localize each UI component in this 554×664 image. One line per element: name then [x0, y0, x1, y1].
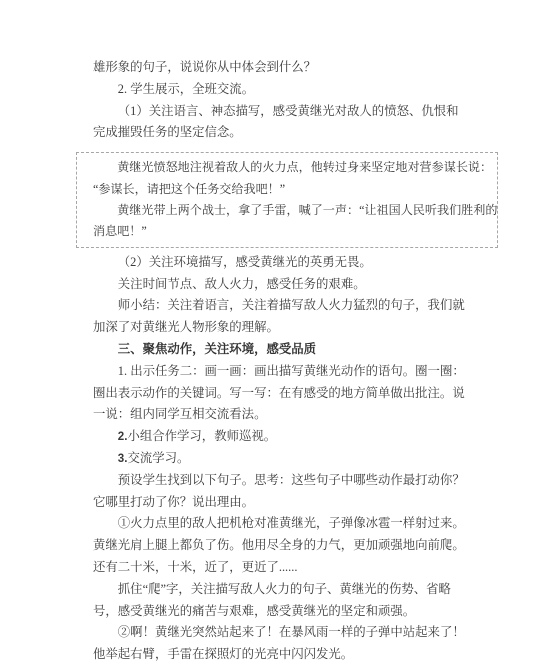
text-run: 他举起右臂，手雷在探照灯的光亮中闪闪发光。 — [93, 647, 353, 661]
text-line: 圈出表示动作的关键词。写一写：在有感受的地方简单做出批注。说 — [93, 383, 468, 405]
text-run: 小组合作学习，教师巡视。 — [127, 429, 276, 443]
text-line: 还有二十米，十米，近了，更近了...... — [93, 557, 468, 579]
text-run: 2. 学生展示，全班交流。 — [118, 82, 254, 96]
text-line: 师小结：关注着语言，关注着描写敌人火力猛烈的句子，我们就 — [93, 295, 468, 317]
text-run: 1. 出示任务二：画一画：画出描写黄继光动作的语句。圈一圈： — [118, 364, 465, 378]
text-line: ①火力点里的敌人把机枪对准黄继光，子弹像冰雹一样射过来。 — [93, 513, 468, 535]
text-run: 消息吧！” — [93, 224, 147, 238]
text-line: 一说：组内同学互相交流看法。 — [93, 404, 468, 426]
text-run: （1）关注语言、神态描写，感受黄继光对敌人的愤怒、仇恨和 — [118, 104, 459, 118]
text-line: 2.小组合作学习，教师巡视。 — [93, 426, 468, 448]
text-line: 关注时间节点、敌人火力，感受任务的艰难。 — [93, 274, 468, 296]
text-run: 圈出表示动作的关键词。写一写：在有感受的地方简单做出批注。说 — [93, 386, 465, 400]
paragraph-block-top: 雄形象的句子，说说你从中体会到什么？2. 学生展示，全班交流。（1）关注语言、神… — [93, 57, 468, 144]
document-page: 雄形象的句子，说说你从中体会到什么？2. 学生展示，全班交流。（1）关注语言、神… — [0, 0, 554, 664]
text-run: 还有二十米，十米，近了，更近了...... — [93, 560, 297, 574]
text-line: 雄形象的句子，说说你从中体会到什么？ — [93, 57, 468, 79]
text-line: 黄继光肩上腿上都负了伤。他用尽全身的力气，更加顽强地向前爬。 — [93, 535, 468, 557]
text-line: 号，感受黄继光的痛苦与艰难，感受黄继光的坚定和顽强。 — [93, 601, 468, 623]
text-run: 黄继光肩上腿上都负了伤。他用尽全身的力气，更加顽强地向前爬。 — [93, 538, 465, 552]
text-line: 完成摧毁任务的坚定信念。 — [93, 122, 468, 144]
text-line: 2. 学生展示，全班交流。 — [93, 79, 468, 101]
text-line: “参谋长，请把这个任务交给我吧！” — [93, 179, 492, 200]
text-line: 1. 出示任务二：画一画：画出描写黄继光动作的语句。圈一圈： — [93, 361, 468, 383]
text-line: 加深了对黄继光人物形象的理解。 — [93, 317, 468, 339]
quote-box: 黄继光愤怒地注视着敌人的火力点，他转过身来坚定地对营参谋长说：“参谋长，请把这个… — [76, 152, 498, 248]
text-line: 它哪里打动了你？说出理由。 — [93, 492, 468, 514]
text-run: 黄继光愤怒地注视着敌人的火力点，他转过身来坚定地对营参谋长说： — [117, 160, 492, 174]
text-run: 预设学生找到以下句子。思考：这些句子中哪些动作最打动你？ — [118, 473, 465, 487]
text-run: 完成摧毁任务的坚定信念。 — [93, 125, 242, 139]
text-run: 交流学习。 — [127, 451, 189, 465]
text-run: 一说：组内同学互相交流看法。 — [93, 407, 266, 421]
text-line: ②啊！黄继光突然站起来了！在暴风雨一样的子弹中站起来了！ — [93, 622, 468, 644]
text-line: 黄继光带上两个战士，拿了手雷，喊了一声：“让祖国人民听我们胜利的 — [93, 200, 492, 221]
text-line: 他举起右臂，手雷在探照灯的光亮中闪闪发光。 — [93, 644, 468, 664]
text-run: 三、聚焦动作，关注环境，感受品质 — [118, 342, 316, 356]
text-run: 黄继光带上两个战士，拿了手雷，喊了一声：“让祖国人民听我们胜利的 — [117, 203, 497, 217]
text-line: 3.交流学习。 — [93, 448, 468, 470]
text-line: （1）关注语言、神态描写，感受黄继光对敌人的愤怒、仇恨和 — [93, 101, 468, 123]
paragraph-block-bottom: （2）关注环境描写，感受黄继光的英勇无畏。关注时间节点、敌人火力，感受任务的艰难… — [93, 252, 468, 664]
text-run: 雄形象的句子，说说你从中体会到什么？ — [93, 60, 316, 74]
text-run: 加深了对黄继光人物形象的理解。 — [93, 320, 279, 334]
text-run: ②啊！黄继光突然站起来了！在暴风雨一样的子弹中站起来了！ — [118, 625, 465, 639]
text-run: ①火力点里的敌人把机枪对准黄继光，子弹像冰雹一样射过来。 — [118, 516, 465, 530]
text-run: 师小结：关注着语言，关注着描写敌人火力猛烈的句子，我们就 — [118, 298, 465, 312]
text-run: 它哪里打动了你？说出理由。 — [93, 495, 254, 509]
text-run: 号，感受黄继光的痛苦与艰难，感受黄继光的坚定和顽强。 — [93, 604, 415, 618]
text-line: 消息吧！” — [93, 221, 492, 242]
text-run: （2）关注环境描写，感受黄继光的英勇无畏。 — [118, 255, 372, 269]
text-line: （2）关注环境描写，感受黄继光的英勇无畏。 — [93, 252, 468, 274]
text-run: 抓住“爬”字，关注描写敌人火力的句子、黄继光的伤势、省略 — [118, 582, 451, 596]
section-heading: 三、聚焦动作，关注环境，感受品质 — [93, 339, 468, 361]
text-line: 抓住“爬”字，关注描写敌人火力的句子、黄继光的伤势、省略 — [93, 579, 468, 601]
text-run: “参谋长，请把这个任务交给我吧！” — [93, 182, 285, 196]
text-run: 关注时间节点、敌人火力，感受任务的艰难。 — [118, 277, 366, 291]
text-line: 黄继光愤怒地注视着敌人的火力点，他转过身来坚定地对营参谋长说： — [93, 157, 492, 178]
text-line: 预设学生找到以下句子。思考：这些句子中哪些动作最打动你？ — [93, 470, 468, 492]
